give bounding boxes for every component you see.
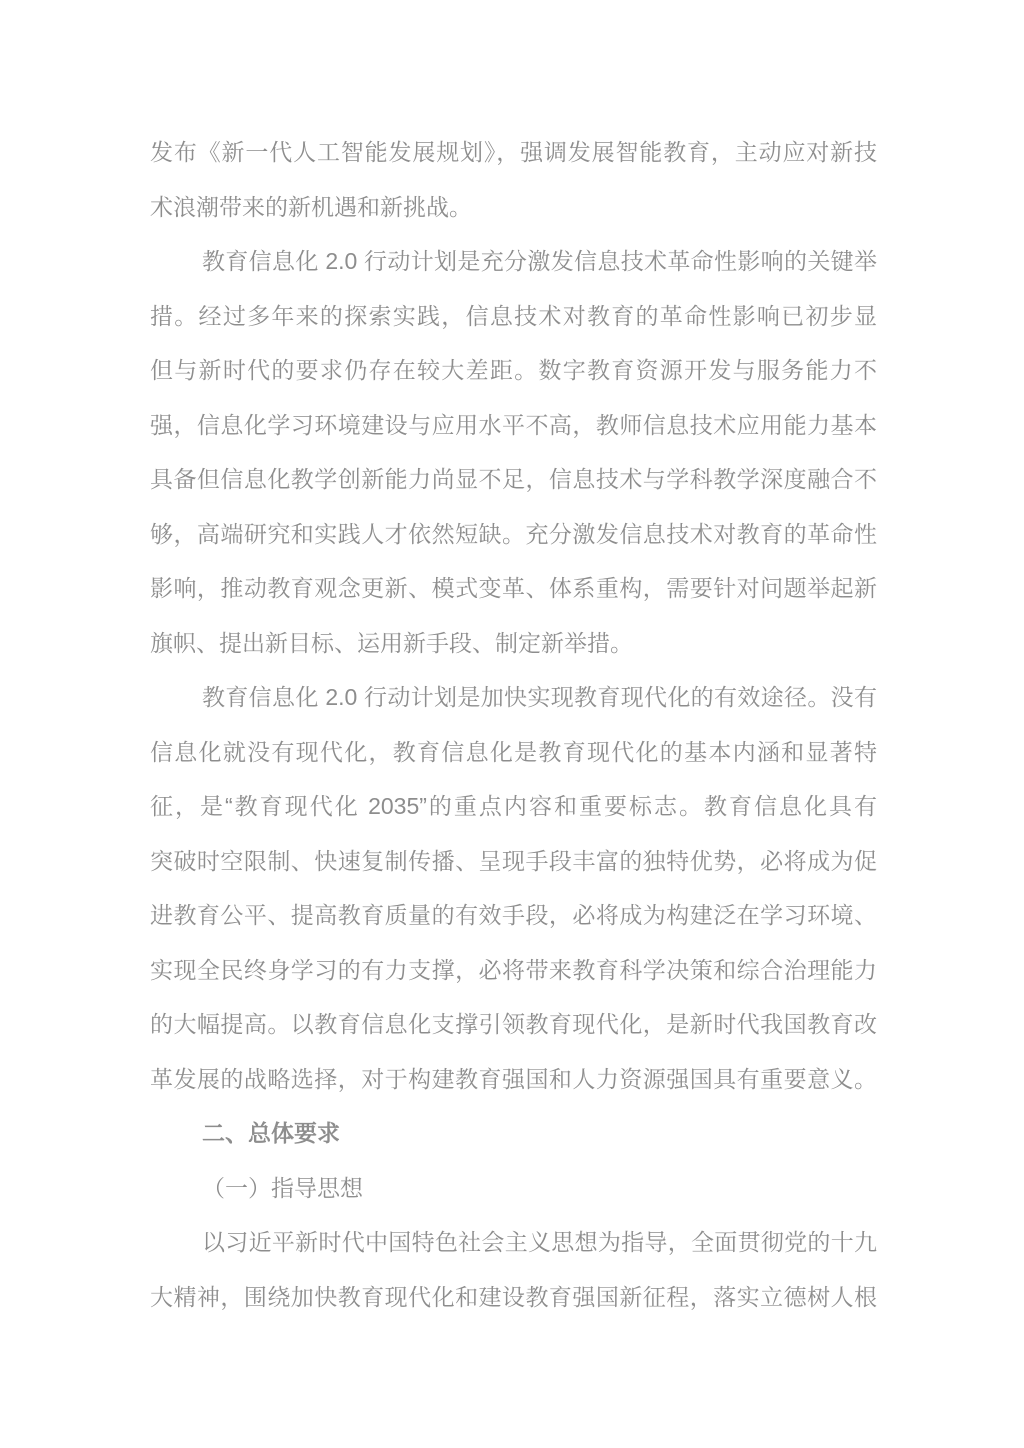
text-line: 征，是“教育现代化 2035”的重点内容和重要标志。教育信息化具有: [150, 779, 877, 834]
text-line: 具备但信息化教学创新能力尚显不足，信息技术与学科教学深度融合不: [150, 452, 877, 507]
text-line: 发布《新一代人工智能发展规划》，强调发展智能教育，主动应对新技: [150, 125, 877, 180]
text-line: 大精神，围绕加快教育现代化和建设教育强国新征程，落实立德树人根: [150, 1270, 877, 1325]
text-body: 发布《新一代人工智能发展规划》，强调发展智能教育，主动应对新技术浪潮带来的新机遇…: [150, 125, 877, 1324]
text-line: 但与新时代的要求仍存在较大差距。数字教育资源开发与服务能力不: [150, 343, 877, 398]
section-heading-line: 二、总体要求: [150, 1106, 877, 1161]
text-line: 强，信息化学习环境建设与应用水平不高，教师信息技术应用能力基本: [150, 398, 877, 453]
text-line: 旗帜、提出新目标、运用新手段、制定新举措。: [150, 616, 877, 671]
text-line: 的大幅提高。以教育信息化支撑引领教育现代化，是新时代我国教育改: [150, 997, 877, 1052]
text-line: 突破时空限制、快速复制传播、呈现手段丰富的独特优势，必将成为促: [150, 834, 877, 889]
text-line: 信息化就没有现代化，教育信息化是教育现代化的基本内涵和显著特: [150, 725, 877, 780]
text-line: 影响，推动教育观念更新、模式变革、体系重构，需要针对问题举起新: [150, 561, 877, 616]
text-line: 术浪潮带来的新机遇和新挑战。: [150, 180, 877, 235]
text-line: 进教育公平、提高教育质量的有效手段，必将成为构建泛在学习环境、: [150, 888, 877, 943]
text-line: 措。经过多年来的探索实践，信息技术对教育的革命性影响已初步显现，: [150, 289, 877, 344]
document-page: 发布《新一代人工智能发展规划》，强调发展智能教育，主动应对新技术浪潮带来的新机遇…: [0, 0, 1024, 1448]
text-line: 够，高端研究和实践人才依然短缺。充分激发信息技术对教育的革命性: [150, 507, 877, 562]
text-line: 教育信息化 2.0 行动计划是加快实现教育现代化的有效途径。没有: [150, 670, 877, 725]
text-line: 革发展的战略选择，对于构建教育强国和人力资源强国具有重要意义。: [150, 1052, 877, 1107]
text-line: 教育信息化 2.0 行动计划是充分激发信息技术革命性影响的关键举: [150, 234, 877, 289]
text-line: 以习近平新时代中国特色社会主义思想为指导，全面贯彻党的十九: [150, 1215, 877, 1270]
text-line: 实现全民终身学习的有力支撑，必将带来教育科学决策和综合治理能力: [150, 943, 877, 998]
text-line: （一）指导思想: [150, 1161, 877, 1216]
